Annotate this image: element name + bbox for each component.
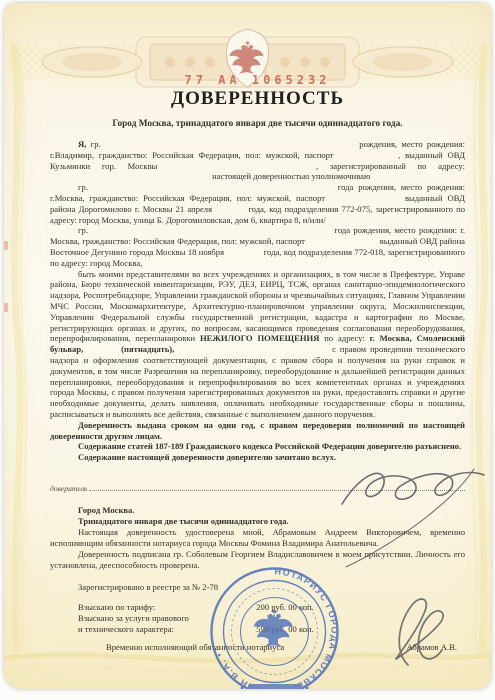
paragraph: Доверенность выдана сроком на один год, …	[50, 420, 465, 442]
blank-gap	[178, 351, 328, 352]
paragraph: гр. года рождения, место рождения: г. Мо…	[50, 225, 465, 268]
body-paragraphs: Я, гр. рождения, место рождения: г.Влади…	[50, 139, 465, 463]
paragraph: гр. года рождения, место рождения: г.Мос…	[50, 182, 465, 225]
document-sheet: 77 АА 1065232 ДОВЕРЕННОСТЬ Город Москва,…	[4, 3, 491, 689]
notary-ink-signature	[376, 589, 461, 674]
paragraph: Я, гр. рождения, место рождения: г.Влади…	[50, 139, 465, 182]
blank-gap	[50, 178, 210, 179]
blank-gap	[105, 146, 355, 147]
grantor-label: доверитель	[50, 484, 87, 493]
blank-gap	[91, 232, 331, 233]
blank-gap	[93, 189, 333, 190]
document-title: ДОВЕРЕННОСТЬ	[50, 88, 465, 110]
blank-gap	[338, 157, 393, 158]
stamp-banner	[248, 684, 301, 689]
blank-gap	[87, 351, 117, 352]
blank-gap	[307, 243, 377, 244]
blank-gap	[169, 168, 304, 169]
blank-gap	[226, 254, 261, 255]
scan-edge-mark	[4, 241, 8, 250]
paragraph: быть моими представителями во всех учреж…	[50, 269, 465, 420]
grantor-ink-signature	[334, 449, 491, 574]
scan-edge-mark	[4, 303, 8, 312]
place-and-date-line: Город Москва, тринадцатого января две ты…	[50, 119, 465, 129]
stamp-eagle-icon	[254, 610, 293, 647]
form-serial-number: 77 АА 1065232	[50, 73, 465, 87]
notary-seal-stamp: НОТАРИУС ГОРОДА МОСКВЫ • ФОМИН В.А. •	[202, 559, 347, 689]
scanned-document-screenshot: { "document": { "serial": "77 АА 1065232…	[0, 0, 495, 700]
blank-gap	[215, 211, 245, 212]
blank-gap	[330, 200, 400, 201]
